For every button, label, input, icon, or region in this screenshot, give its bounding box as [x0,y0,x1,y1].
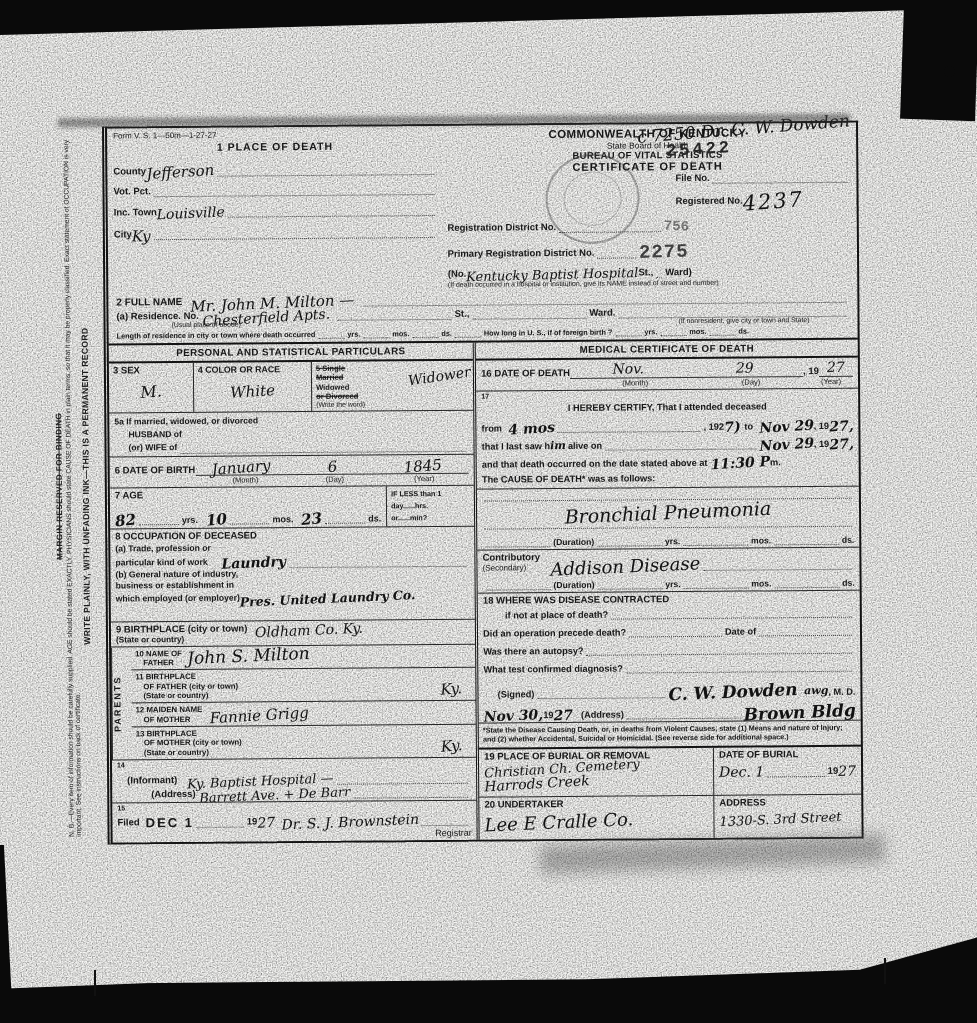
occupation-a-line2: particular kind of work [115,557,207,569]
contributory-label: Contributory [483,552,541,563]
place-of-death-title: 1 PLACE OF DEATH [113,140,437,155]
dotted-rule [615,333,641,336]
attended-to-year: 27, [829,418,854,435]
form-header: Form V. S. 1—50m—1-27-27 1 PLACE OF DEAT… [107,123,857,294]
inc-town-value: Louisville [156,204,225,223]
certificate-form: Form V. S. 1—50m—1-27-27 1 PLACE OF DEAT… [102,121,864,845]
year-caption: (Year) [809,377,853,386]
less-than-line3: or......min? [391,512,470,525]
signed-address-label: (Address) [581,709,624,719]
primary-district-label: Primary Registration District No. [448,248,595,260]
race-label: 4 COLOR OR RACE [198,364,280,375]
dotted-rule [656,275,662,278]
informant-label: (Informant) [127,775,177,786]
dotted-rule [660,333,686,336]
scan-artifact-tick [884,958,886,984]
date-of-label: Date of [725,626,756,636]
inc-town-label: Inc. Town [114,207,157,218]
sex-cell: 3 SEX M. [109,363,193,413]
race-cell: 4 COLOR OR RACE White [193,362,311,412]
attended-to-value: Nov 29 [759,418,815,437]
dotted-rule [713,180,848,184]
sex-value: M. [112,379,189,404]
father-birthplace-row: 11 BIRTHPLACE OF FATHER (city or town) (… [131,668,475,704]
dotted-rule [605,446,756,450]
yrs-label: yrs. [347,330,360,339]
yrs-label: yrs. [665,579,680,589]
sex-label: 3 SEX [113,365,140,376]
less-than-line1: IF LESS than 1 [391,487,470,500]
dotted-rule [180,448,465,453]
mos-label: mos. [689,327,706,336]
occupation-row: 8 OCCUPATION OF DECEASED (a) Trade, prof… [110,527,475,622]
date-of-death-row: 16 DATE OF DEATH Nov. 29 , 1927 (Month) … [476,358,858,392]
last-saw-label: that I last saw h [482,441,550,452]
filed-label: Filed [117,817,139,828]
dotted-rule [537,695,666,699]
dotted-rule [559,229,660,233]
dotted-rule [759,633,852,637]
mos-label: mos. [751,535,771,545]
cause-of-death-row: Bronchial Pneumonia (Duration) yrs. mos.… [477,487,859,551]
place-of-burial-cell: 19 PLACE OF BURIAL OR REMOVAL Christian … [479,747,713,796]
duration-label: (Duration) [553,580,594,590]
to-label: to [744,421,753,431]
dotted-rule [683,542,748,546]
dotted-rule [354,795,469,799]
howlong-label: How long in U. S., if of foreign birth ? [484,328,613,338]
medical-certificate-column: MEDICAL CERTIFICATE OF DEATH 16 DATE OF … [476,340,862,840]
age-main-cell: 7 AGE 82 yrs. 10 mos. 23 ds. [110,486,386,529]
where-contracted-label: 18 WHERE WAS DISEASE CONTRACTED [483,593,855,607]
dotted-rule [318,336,344,339]
county-label: County [113,166,146,177]
voting-precinct-label: Vot. Pct. [113,186,150,197]
dotted-rule [627,716,741,720]
death-occurred-label: and that death occurred on the date stat… [482,458,708,470]
dotted-rule [412,335,438,338]
dob-day-value: 6 [327,457,338,476]
scan-artifact-left-edge [0,845,13,1023]
ds-label: ds. [368,513,381,523]
signature-initials: awg [804,684,828,697]
ds-label: ds. [842,578,855,588]
undertaker-cell: 20 UNDERTAKER Lee E Cralle Co. [479,795,713,840]
md-label: , M. D. [828,687,855,697]
burial-date-value: Dec. 1 [719,764,764,780]
dotted-rule [455,335,481,338]
attended-from-year: 7) [724,419,741,436]
item-5a-row: 5a If married, widowed, or divorced HUSB… [109,411,473,458]
informant-row: 14 (Informant) Ky. Baptist Hospital — (A… [112,758,476,804]
dob-label: 6 DATE OF BIRTH [115,464,196,476]
registration-district-value: 756 [663,219,689,236]
file-registered-block: File No. Registered No. 4237 [675,166,850,207]
mos-label: mos. [272,514,293,524]
dotted-rule [587,651,853,656]
item5a-line3: (or) WIFE of [114,441,177,454]
physician-signature: C. W. Dowden [669,680,799,706]
father-bp-line3: (State or country) [135,689,471,701]
marital-cell: 5 Single Married Widowed or Divorced (Wr… [311,361,474,411]
dod-label: 16 DATE OF DEATH [481,368,570,380]
alive-on-label: alive on [568,441,602,451]
dod-year-printed: , 19 [803,366,819,377]
day-caption: (Day) [693,377,809,387]
death-time-value: 11:30 P [710,454,770,474]
dotted-rule [629,634,722,638]
dotted-rule [774,542,839,546]
undertaker-address-value: 1330-S. 3rd Street [719,809,857,830]
yrs-label: yrs. [182,514,198,524]
last-saw-value: Nov 29 [759,436,815,455]
undertaker-address-label: ADDRESS [719,797,766,808]
occupation-b-value: Pres. United Laundry Co. [240,587,416,611]
mos-label: mos. [751,578,771,588]
dotted-rule [217,172,434,177]
filed-year-value: 27 [257,815,275,832]
dotted-rule [363,335,389,338]
mother-birthplace-value: Ky. [440,736,463,756]
father-birthplace-value: Ky. [439,679,462,699]
dotted-rule [703,567,851,571]
dotted-rule [774,585,839,589]
dotted-rule [684,585,749,589]
test-label: What test confirmed diagnosis? [483,663,622,674]
cause-footnote: *State the Disease Causing Death, or, in… [479,721,861,750]
occupation-b-line3: which employed (or employer) [116,593,240,606]
undertaker-value: Lee E Cralle Co. [484,806,709,837]
street-no-prefix: (No. [448,269,467,280]
ds-label: ds. [738,327,749,336]
undertaker-label: 20 UNDERTAKER [484,799,563,811]
mother-birthplace-row: 13 BIRTHPLACE OF MOTHER (city or town) (… [132,725,476,760]
dotted-rule [597,543,662,547]
father-name-row: 10 NAME OF FATHER John S. Milton [131,644,475,670]
ds-label: ds. [441,329,452,338]
month-caption: (Month) [577,378,693,388]
sex-race-marital-row: 3 SEX M. 4 COLOR OR RACE White 5 Single … [109,361,474,414]
saw-year-printed: , 19 [814,439,829,449]
mother-maiden-row: 12 MAIDEN NAME OF MOTHER Fannie Grigg [132,701,476,727]
secondary-label: (Secondary) [483,563,541,572]
scanned-death-certificate-page: MARGIN RESERVED FOR BINDING N. B.—Every … [0,0,977,1023]
signed-year-printed: 19 [543,710,553,720]
mos-label: mos. [392,329,409,338]
dotted-rule [767,774,824,777]
informant-item-number: 14 [117,762,125,769]
marital-note: (Write the word) [316,401,469,409]
ward-suffix: Ward) [665,267,692,278]
dotted-rule [486,587,551,591]
burial-section: 19 PLACE OF BURIAL OR REMOVAL Christian … [479,746,862,839]
cause-intro: The CAUSE OF DEATH* was as follows: [482,472,854,487]
dotted-rule [709,333,735,336]
dotted-rule [485,544,550,548]
autopsy-label: Was there an autopsy? [483,646,583,657]
left-margin-notes: MARGIN RESERVED FOR BINDING N. B.—Every … [52,127,108,845]
less-than-line2: day......hrs. [391,500,470,513]
burial-year-value: 27 [838,763,856,779]
dob-year-value: 1845 [403,455,442,476]
street-label: St., [455,309,470,320]
from-year-printed: , 192 [704,422,725,432]
dod-month-value: Nov. [612,361,644,377]
scan-artifact-tick [94,970,96,996]
dotted-rule [337,781,469,785]
burial-date-label: DATE OF BURIAL [719,749,799,761]
meridiem-label: m. [770,457,781,467]
occupation-a-line1: (a) Trade, profession or [115,543,211,555]
last-saw-year: 27, [829,436,854,453]
filed-date-stamp: DEC 1 [146,815,194,830]
burial-year-printed: 19 [828,765,839,776]
certify-item-number: 17 [481,394,489,401]
state-header-block: c 7250 Dr. C. W. Dowden 25422 COMMONWEAL… [445,126,852,289]
occupation-a-value: Laundry [221,553,286,575]
registration-district-label: Registration District No. [447,222,556,234]
date-of-burial-cell: DATE OF BURIAL Dec. 1 1927 [713,746,861,794]
to-year-printed: , 19 [814,421,829,431]
yrs-label: yrs. [644,327,657,336]
disease-contracted-row: 18 WHERE WAS DISEASE CONTRACTED if not a… [478,591,861,724]
filed-item-number: 15 [117,805,125,812]
dotted-rule [626,669,852,674]
from-label: from [481,423,501,433]
scan-artifact-right-bar [900,5,977,122]
dotted-rule [139,522,179,525]
contributory-value: Addison Disease [550,553,701,580]
county-value: Jefferson [146,161,215,183]
signed-label: (Signed) [484,689,535,699]
form-body-columns: PERSONAL AND STATISTICAL PARTICULARS 3 S… [109,340,862,843]
certify-row: 17 I HEREBY CERTIFY, That I attended dec… [476,389,859,490]
signed-date-value: Nov 30, [483,707,543,726]
birthplace-row: 9 BIRTHPLACE (city or town) Oldham Co. K… [111,619,475,647]
registered-no-label: Registered No. [676,196,743,208]
mother-bp-line3: (State or country) [136,745,472,757]
place-of-death-block: Form V. S. 1—50m—1-27-27 1 PLACE OF DEAT… [113,129,446,292]
him-insert: im [550,439,566,452]
not-at-place-label: if not at place of death? [505,610,608,621]
primary-district-value: 2275 [639,241,689,264]
scan-artifact-dot [944,66,955,77]
dotted-rule [422,823,469,826]
dotted-rule [230,521,270,524]
registration-district-block: Registration District No. 756 Primary Re… [445,219,689,289]
ward-label: Ward. [589,308,615,319]
dotted-rule [197,825,244,828]
certify-statement: I HEREBY CERTIFY, That I attended deceas… [481,401,853,416]
dotted-rule [228,213,435,218]
age-label: 7 AGE [115,490,143,501]
contributory-row: Contributory (Secondary) Addison Disease… [477,548,859,594]
death-certificate: MARGIN RESERVED FOR BINDING N. B.—Every … [52,121,864,845]
scan-artifact-top-bar [0,0,977,38]
filed-year-printed: 19 [247,816,258,827]
race-value: White [198,379,308,404]
yrs-label: yrs. [665,536,680,546]
dotted-rule [598,586,663,590]
birthplace-label: 9 BIRTHPLACE (city or town) [116,623,248,635]
parents-section: PARENTS 10 NAME OF FATHER John S. Milton… [111,644,476,760]
residence-label: (a) Residence. No. [116,311,198,323]
age-days-value: 23 [301,509,323,529]
parents-rows: 10 NAME OF FATHER John S. Milton 11 BIRT… [131,644,476,759]
dotted-rule [611,615,852,620]
age-years-value: 82 [114,510,136,530]
personal-particulars-column: PERSONAL AND STATISTICAL PARTICULARS 3 S… [109,343,480,843]
full-name-label: 2 FULL NAME [116,297,182,309]
dotted-rule [154,192,434,197]
occupation-b-line2: business or establishment in [116,580,235,593]
age-months-value: 10 [205,509,227,529]
form-number: Form V. S. 1—50m—1-27-27 [113,129,437,141]
file-no-label: File No. [675,173,709,184]
city-value: Ky [132,227,151,245]
dotted-rule [154,235,435,240]
occupation-b-line1: (b) General nature of industry, [115,568,238,581]
signed-year-value: 27 [553,707,573,724]
if-less-than-one-box: IF LESS than 1 day......hrs. or......min… [386,485,474,526]
attended-from-value: 4 mos [508,420,556,439]
city-label: City [114,229,132,240]
length-label: Length of residence in city or town wher… [117,330,316,341]
filed-row: 15 Filed DEC 1 1927 Dr. S. J. Brownstein… [112,801,476,843]
duration-label: (Duration) [553,537,594,547]
dotted-rule [325,520,365,523]
street-suffix: St., [638,267,653,278]
operation-label: Did an operation precede death? [483,627,626,638]
date-of-birth-row: 6 DATE OF BIRTH January 6 1845 (Month) (… [110,454,474,488]
age-row: 7 AGE 82 yrs. 10 mos. 23 ds. [110,485,474,530]
dod-year-value: 27 [827,360,845,376]
parents-vertical-label: PARENTS [111,647,132,760]
scan-artifact-bottom-bar [0,928,977,1023]
dotted-rule [597,255,636,258]
dotted-rule [558,429,701,433]
ds-label: ds. [842,535,855,545]
undertaker-address-cell: ADDRESS 1330-S. 3rd Street [713,793,861,837]
dod-day-value: 29 [736,360,754,376]
registered-no-value: 4237 [742,187,805,216]
